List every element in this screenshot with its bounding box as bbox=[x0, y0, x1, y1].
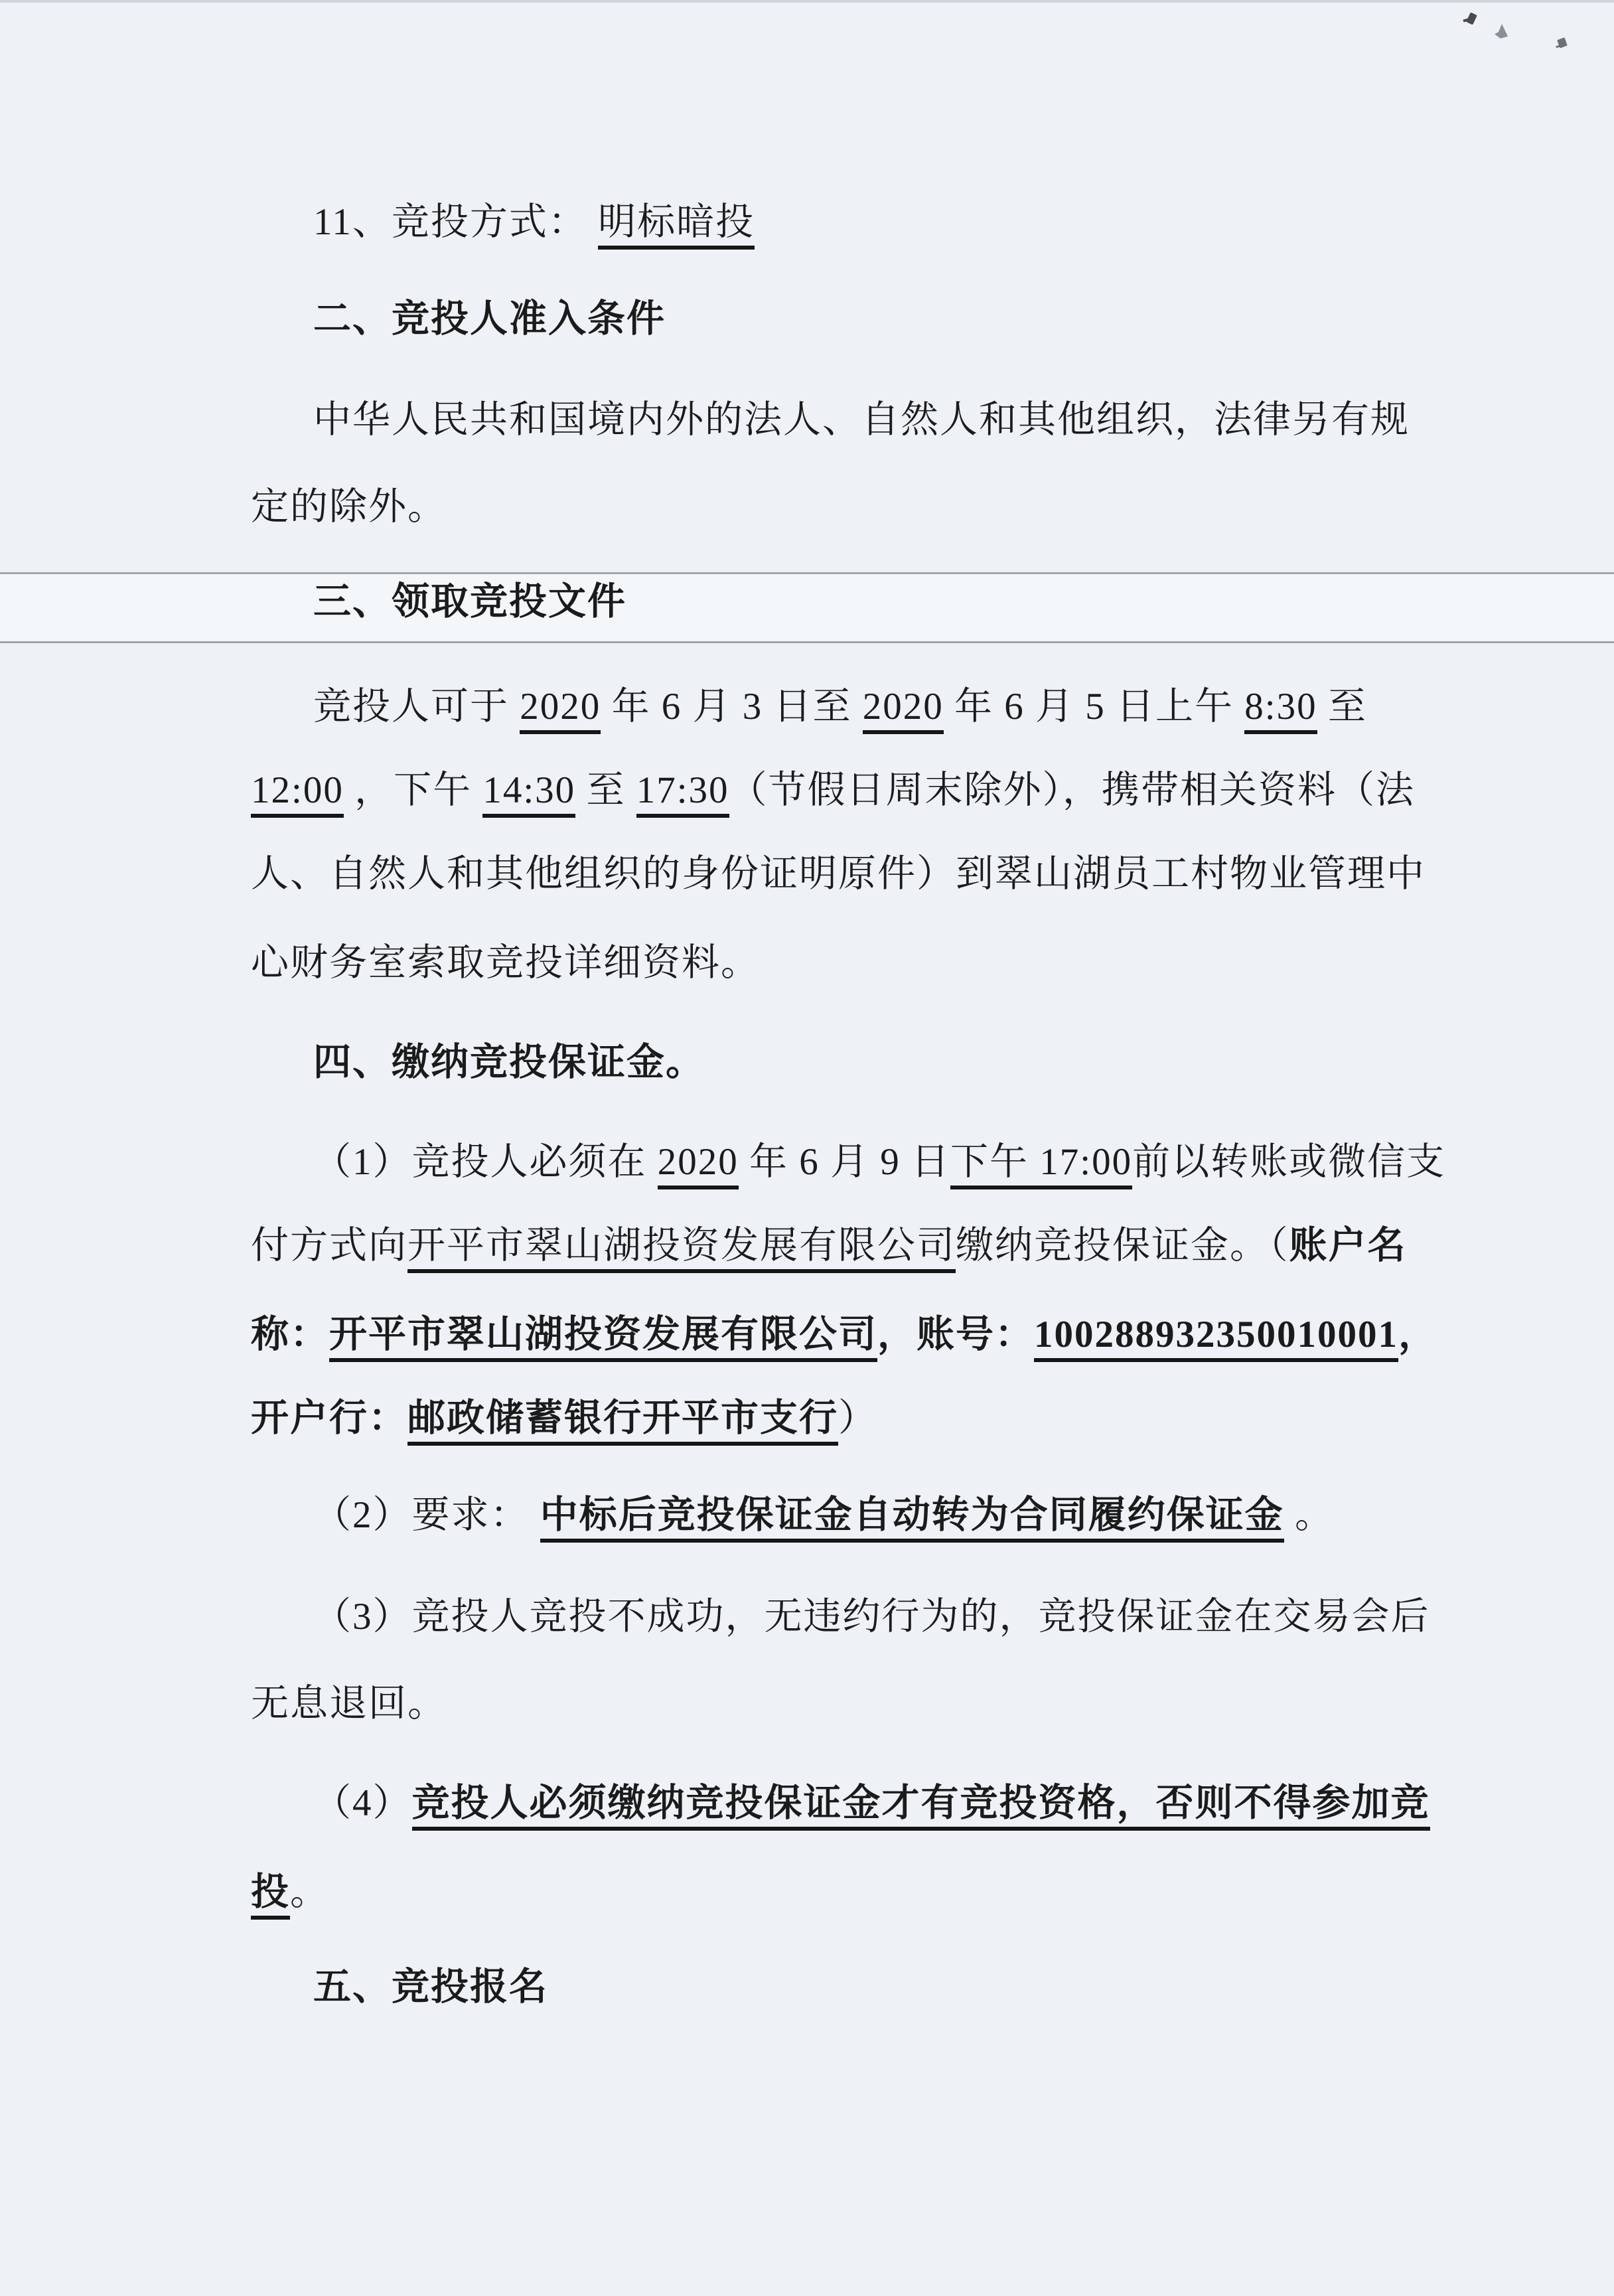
text-line: 无息退回。 bbox=[251, 1682, 447, 1726]
text-segment: 11、竞投方式： bbox=[313, 201, 598, 243]
text-line: 投。 bbox=[251, 1871, 329, 1914]
text-line: 11、竞投方式： 明标暗投 bbox=[313, 200, 755, 244]
emphasized-text-segment: 12:00 bbox=[251, 769, 344, 818]
emphasized-text-segment: 17:30 bbox=[636, 769, 729, 818]
emphasized-text-segment: 中标后竞投保证金自动转为合同履约保证金 bbox=[540, 1494, 1284, 1543]
text-segment: 人、自然人和其他组织的身份证明原件）到翠山湖员工村物业管理中 bbox=[251, 853, 1426, 895]
text-line: 中华人民共和国境内外的法人、自然人和其他组织，法律另有规 bbox=[313, 398, 1410, 442]
text-line: 二、竞投人准入条件 bbox=[313, 297, 666, 341]
text-segment: 心财务室索取竞投详细资料。 bbox=[251, 942, 760, 984]
emphasized-text-segment: 14:30 bbox=[482, 769, 575, 818]
emphasized-text-segment: 账户名 bbox=[1289, 1225, 1407, 1266]
emphasized-text-segment: 四、缴纳竞投保证金。 bbox=[313, 1041, 705, 1083]
text-line: 定的除外。 bbox=[251, 485, 447, 529]
emphasized-text-segment: 下午 17:00 bbox=[950, 1141, 1132, 1189]
emphasized-text-segment: 五、竞投报名 bbox=[313, 1966, 548, 2008]
text-segment: ） bbox=[838, 1397, 877, 1439]
text-segment: （1）竞投人必须在 bbox=[313, 1141, 658, 1183]
emphasized-text-segment: 开户行： bbox=[251, 1397, 407, 1439]
text-segment: （3）竞投人竞投不成功，无违约行为的，竞投保证金在交易会后 bbox=[313, 1596, 1430, 1638]
text-line: （1）竞投人必须在 2020 年 6 月 9 日下午 17:00前以转账或微信支 bbox=[313, 1140, 1445, 1184]
text-segment: （节假日周末除外），携带相关资料（法 bbox=[729, 769, 1416, 811]
emphasized-text-segment: 三、领取竞投文件 bbox=[313, 581, 626, 623]
emphasized-text-segment: 明标暗投 bbox=[598, 201, 755, 250]
text-line: 称：开平市翠山湖投资发展有限公司，账号：100288932350010001， bbox=[251, 1313, 1437, 1357]
emphasized-text-segment: 二、竞投人准入条件 bbox=[313, 298, 666, 340]
emphasized-text-segment: 投 bbox=[251, 1871, 290, 1920]
text-line: 人、自然人和其他组织的身份证明原件）到翠山湖员工村物业管理中 bbox=[251, 852, 1426, 896]
text-line: 五、竞投报名 bbox=[313, 1965, 548, 2009]
text-segment: 前以转账或微信支 bbox=[1132, 1141, 1445, 1183]
text-line: 付方式向开平市翠山湖投资发展有限公司缴纳竞投保证金。（账户名 bbox=[251, 1224, 1407, 1268]
emphasized-text-segment: ， bbox=[1398, 1314, 1437, 1355]
emphasized-text-segment: 称： bbox=[251, 1314, 329, 1355]
text-segment: （2）要求： bbox=[313, 1494, 540, 1536]
emphasized-text-segment: 100288932350010001 bbox=[1034, 1314, 1398, 1362]
text-line: 12:00 ，下午 14:30 至 17:30（节假日周末除外），携带相关资料（… bbox=[251, 769, 1415, 812]
emphasized-text-segment: 2020 bbox=[520, 686, 601, 734]
text-segment: 竞投人可于 bbox=[313, 686, 520, 727]
emphasized-text-segment: 账号： bbox=[917, 1314, 1034, 1355]
text-segment: 中华人民共和国境内外的法人、自然人和其他组织，法律另有规 bbox=[313, 399, 1410, 441]
emphasized-text-segment: 竞投人必须缴纳竞投保证金才有竞投资格，否则不得参加竞 bbox=[412, 1782, 1430, 1831]
text-segment: 至 bbox=[1317, 686, 1367, 727]
text-segment: （4） bbox=[313, 1782, 412, 1824]
text-line: 四、缴纳竞投保证金。 bbox=[313, 1041, 705, 1085]
text-segment: 年 6 月 5 日上午 bbox=[944, 686, 1245, 727]
text-segment: 。 bbox=[1284, 1494, 1334, 1536]
text-segment: 。 bbox=[290, 1871, 329, 1913]
text-segment: 无息退回。 bbox=[251, 1683, 447, 1724]
text-segment: ，下午 bbox=[344, 769, 483, 811]
text-segment: 定的除外。 bbox=[251, 486, 447, 528]
emphasized-text-segment: 2020 bbox=[658, 1141, 739, 1189]
text-line: 三、领取竞投文件 bbox=[313, 580, 626, 624]
document-body: 11、竞投方式： 明标暗投二、竞投人准入条件中华人民共和国境内外的法人、自然人和… bbox=[0, 0, 1614, 2296]
text-line: （2）要求： 中标后竞投保证金自动转为合同履约保证金 。 bbox=[313, 1493, 1334, 1537]
text-segment: 年 6 月 9 日 bbox=[739, 1141, 950, 1183]
text-line: （3）竞投人竞投不成功，无违约行为的，竞投保证金在交易会后 bbox=[313, 1595, 1430, 1639]
emphasized-text-segment: 8:30 bbox=[1244, 686, 1317, 734]
text-segment: 年 6 月 3 日至 bbox=[601, 686, 863, 727]
emphasized-text-segment: 邮政储蓄银行开平市支行 bbox=[407, 1397, 838, 1446]
text-segment: 至 bbox=[575, 769, 636, 811]
text-line: 心财务室索取竞投详细资料。 bbox=[251, 941, 760, 985]
text-line: （4）竞投人必须缴纳竞投保证金才有竞投资格，否则不得参加竞 bbox=[313, 1782, 1430, 1825]
text-segment: 付方式向 bbox=[251, 1225, 407, 1266]
emphasized-text-segment: 开平市翠山湖投资发展有限公司 bbox=[329, 1314, 877, 1362]
emphasized-text-segment: ， bbox=[877, 1314, 917, 1355]
emphasized-text-segment: 2020 bbox=[863, 686, 944, 734]
document-page: 11、竞投方式： 明标暗投二、竞投人准入条件中华人民共和国境内外的法人、自然人和… bbox=[0, 0, 1614, 2296]
text-segment: 缴纳竞投保证金。（ bbox=[956, 1225, 1289, 1266]
text-line: 开户行：邮政储蓄银行开平市支行） bbox=[251, 1397, 877, 1440]
text-line: 竞投人可于 2020 年 6 月 3 日至 2020 年 6 月 5 日上午 8… bbox=[313, 685, 1367, 729]
emphasized-text-segment: 开平市翠山湖投资发展有限公司 bbox=[407, 1225, 956, 1273]
